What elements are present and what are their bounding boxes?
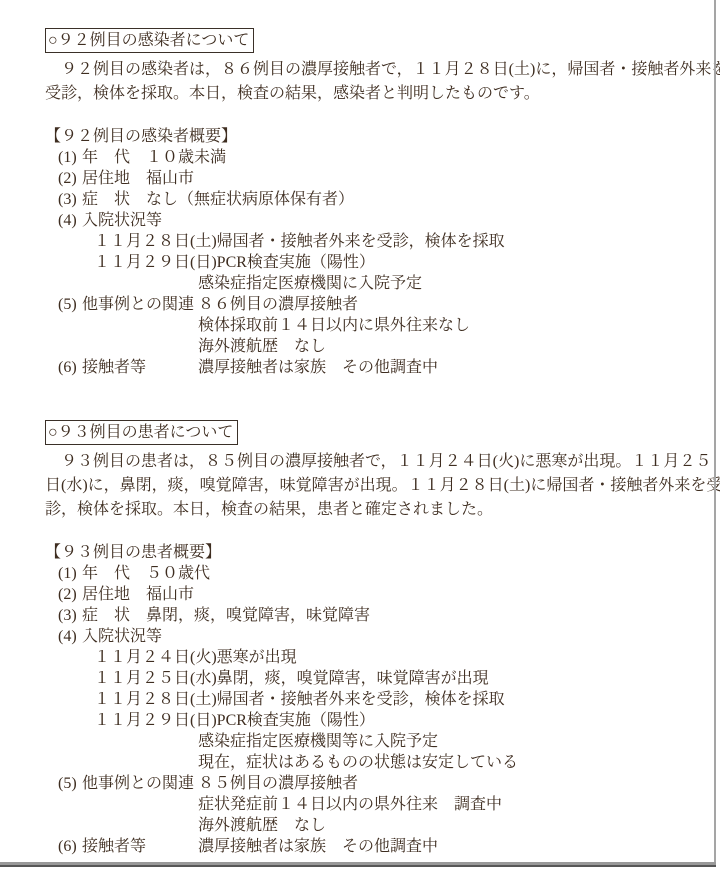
row-value: 鼻閉，痰，嗅覚障害，味覚障害 xyxy=(146,605,370,626)
schedule-date: １１月２９日(日) xyxy=(94,710,217,731)
row-label: 年 代 xyxy=(82,147,146,168)
row-value: なし（無症状病原体保有者） xyxy=(146,189,354,210)
row-label: 他事例との関連 xyxy=(82,294,198,315)
row-number: (4) xyxy=(58,626,82,647)
document-page: ○９２例目の感染者について ９２例目の感染者は，８６例目の濃厚接触者で，１１月２… xyxy=(0,0,720,869)
continuation-text: 海外渡航歴 なし xyxy=(198,336,326,357)
row-number: (2) xyxy=(58,584,82,605)
case-92-overview-rows: (1)年 代１０歳未満(2)居住地福山市(3)症 状なし（無症状病原体保有者）(… xyxy=(45,147,702,378)
overview-row: (6)接触者等濃厚接触者は家族 その他調査中 xyxy=(45,836,702,857)
overview-row: (5)他事例との関連８６例目の濃厚接触者 xyxy=(45,294,702,315)
overview-row: 現在，症状はあるものの状態は安定している xyxy=(45,752,702,773)
page-right-edge xyxy=(714,0,716,865)
row-label: 居住地 xyxy=(82,168,146,189)
case-93-overview-heading: 【９３例目の患者概要】 xyxy=(45,542,702,563)
row-number: (6) xyxy=(58,836,82,857)
paragraph-line: ９２例目の感染者は，８６例目の濃厚接触者で，１１月２８日(土)に，帰国者・接触者… xyxy=(45,58,702,82)
row-number: (6) xyxy=(58,357,82,378)
schedule-description: 帰国者・接触者外来を受診，検体を採取 xyxy=(217,689,505,710)
paragraph-line: ９３例目の患者は，８５例目の濃厚接触者で，１１月２４日(火)に悪寒が出現。１１月… xyxy=(45,450,702,474)
overview-row: 海外渡航歴 なし xyxy=(45,815,702,836)
schedule-description: 悪寒が出現 xyxy=(217,647,297,668)
case-section-93: ○９３例目の患者について ９３例目の患者は，８５例目の濃厚接触者で，１１月２４日… xyxy=(45,420,702,857)
schedule-date: １１月２５日(水) xyxy=(94,668,217,689)
overview-row: 症状発症前１４日以内の県外往来 調査中 xyxy=(45,794,702,815)
overview-row: (5)他事例との関連８５例目の濃厚接触者 xyxy=(45,773,702,794)
overview-row: １１月２４日(火)悪寒が出現 xyxy=(45,647,702,668)
schedule-description: 鼻閉，痰，嗅覚障害，味覚障害が出現 xyxy=(217,668,489,689)
overview-row: (2)居住地福山市 xyxy=(45,168,702,189)
continuation-text: 検体採取前１４日以内に県外往来なし xyxy=(198,315,470,336)
page-bottom-edge xyxy=(0,862,716,867)
row-label: 入院状況等 xyxy=(82,210,162,231)
overview-row: (3)症 状なし（無症状病原体保有者） xyxy=(45,189,702,210)
schedule-date: １１月２８日(土) xyxy=(94,689,217,710)
schedule-date: １１月２４日(火) xyxy=(94,647,217,668)
overview-row: (2)居住地福山市 xyxy=(45,584,702,605)
overview-row: (4)入院状況等 xyxy=(45,210,702,231)
case-93-summary-paragraph: ９３例目の患者は，８５例目の濃厚接触者で，１１月２４日(火)に悪寒が出現。１１月… xyxy=(45,450,702,522)
row-number: (3) xyxy=(58,189,82,210)
overview-row: １１月２８日(土)帰国者・接触者外来を受診，検体を採取 xyxy=(45,231,702,252)
row-value: 濃厚接触者は家族 その他調査中 xyxy=(198,357,438,378)
overview-row: １１月２５日(水)鼻閉，痰，嗅覚障害，味覚障害が出現 xyxy=(45,668,702,689)
case-92-heading: ○９２例目の感染者について xyxy=(45,28,254,53)
continuation-text: 感染症指定医療機関等に入院予定 xyxy=(198,731,438,752)
row-label: 入院状況等 xyxy=(82,626,162,647)
row-value: 濃厚接触者は家族 その他調査中 xyxy=(198,836,438,857)
row-number: (1) xyxy=(58,563,82,584)
continuation-text: 症状発症前１４日以内の県外往来 調査中 xyxy=(198,794,502,815)
row-value: ８５例目の濃厚接触者 xyxy=(198,773,358,794)
paragraph-line: 診，検体を採取。本日，検査の結果，患者と確定されました。 xyxy=(45,498,702,522)
continuation-text: 現在，症状はあるものの状態は安定している xyxy=(198,752,518,773)
row-number: (4) xyxy=(58,210,82,231)
row-number: (2) xyxy=(58,168,82,189)
overview-row: 検体採取前１４日以内に県外往来なし xyxy=(45,315,702,336)
row-value: ８６例目の濃厚接触者 xyxy=(198,294,358,315)
row-label: 症 状 xyxy=(82,605,146,626)
overview-row: １１月２８日(土)帰国者・接触者外来を受診，検体を採取 xyxy=(45,689,702,710)
overview-row: (3)症 状鼻閉，痰，嗅覚障害，味覚障害 xyxy=(45,605,702,626)
row-value: 福山市 xyxy=(146,584,194,605)
paragraph-line: 受診，検体を採取。本日，検査の結果，感染者と判明したものです。 xyxy=(45,82,702,106)
case-93-heading: ○９３例目の患者について xyxy=(45,420,238,445)
row-value: 福山市 xyxy=(146,168,194,189)
overview-row: (1)年 代５０歳代 xyxy=(45,563,702,584)
case-section-92: ○９２例目の感染者について ９２例目の感染者は，８６例目の濃厚接触者で，１１月２… xyxy=(45,28,702,378)
case-93-overview-rows: (1)年 代５０歳代(2)居住地福山市(3)症 状鼻閉，痰，嗅覚障害，味覚障害(… xyxy=(45,563,702,857)
overview-row: 感染症指定医療機関等に入院予定 xyxy=(45,731,702,752)
paragraph-line: 日(水)に，鼻閉，痰，嗅覚障害，味覚障害が出現。１１月２８日(土)に帰国者・接触… xyxy=(45,474,702,498)
row-value: １０歳未満 xyxy=(146,147,226,168)
row-label: 居住地 xyxy=(82,584,146,605)
row-number: (1) xyxy=(58,147,82,168)
overview-row: (1)年 代１０歳未満 xyxy=(45,147,702,168)
overview-row: 海外渡航歴 なし xyxy=(45,336,702,357)
row-label: 接触者等 xyxy=(82,357,198,378)
row-label: 接触者等 xyxy=(82,836,198,857)
row-number: (5) xyxy=(58,773,82,794)
schedule-date: １１月２８日(土) xyxy=(94,231,217,252)
schedule-description: PCR検査実施（陽性） xyxy=(217,252,375,273)
row-number: (5) xyxy=(58,294,82,315)
overview-row: (6)接触者等濃厚接触者は家族 その他調査中 xyxy=(45,357,702,378)
continuation-text: 海外渡航歴 なし xyxy=(198,815,326,836)
overview-row: (4)入院状況等 xyxy=(45,626,702,647)
schedule-description: PCR検査実施（陽性） xyxy=(217,710,375,731)
row-value: ５０歳代 xyxy=(146,563,210,584)
row-label: 年 代 xyxy=(82,563,146,584)
row-label: 症 状 xyxy=(82,189,146,210)
row-number: (3) xyxy=(58,605,82,626)
case-92-summary-paragraph: ９２例目の感染者は，８６例目の濃厚接触者で，１１月２８日(土)に，帰国者・接触者… xyxy=(45,58,702,106)
document-content: ○９２例目の感染者について ９２例目の感染者は，８６例目の濃厚接触者で，１１月２… xyxy=(0,0,720,857)
continuation-text: 感染症指定医療機関に入院予定 xyxy=(198,273,422,294)
case-92-overview-heading: 【９２例目の感染者概要】 xyxy=(45,126,702,147)
overview-row: １１月２９日(日)PCR検査実施（陽性） xyxy=(45,710,702,731)
overview-row: １１月２９日(日)PCR検査実施（陽性） xyxy=(45,252,702,273)
schedule-description: 帰国者・接触者外来を受診，検体を採取 xyxy=(217,231,505,252)
schedule-date: １１月２９日(日) xyxy=(94,252,217,273)
row-label: 他事例との関連 xyxy=(82,773,198,794)
overview-row: 感染症指定医療機関に入院予定 xyxy=(45,273,702,294)
